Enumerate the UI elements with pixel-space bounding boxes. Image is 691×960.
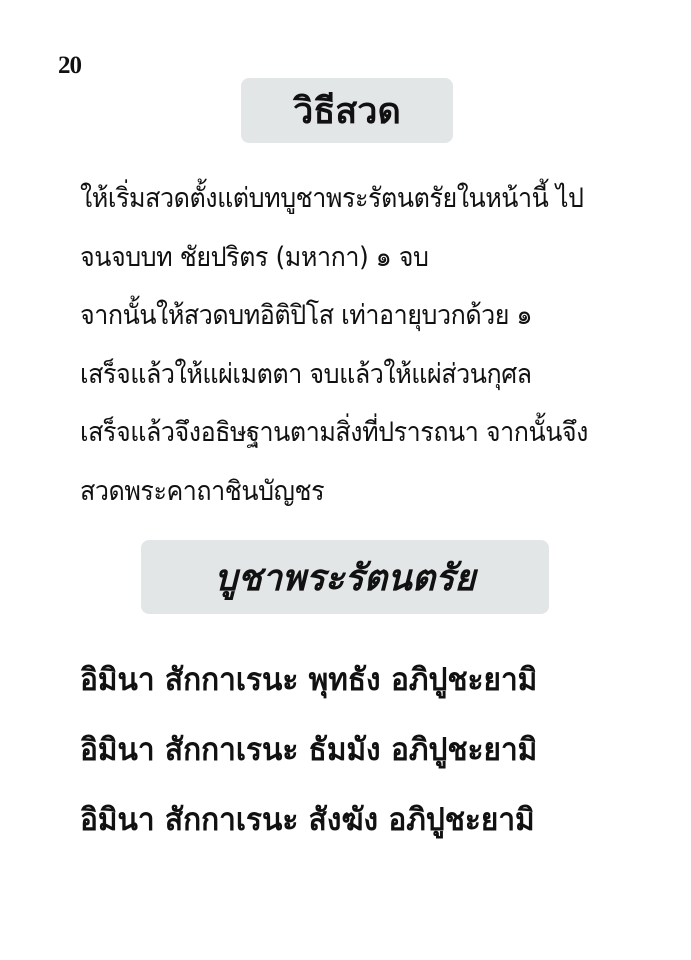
heading-instructions: วิธีสวด <box>293 82 401 139</box>
instruction-line: จากนั้นให้สวดบทอิติปิโส เท่าอายุบวกด้วย … <box>80 287 601 346</box>
heading-box-instructions: วิธีสวด <box>241 78 453 143</box>
instruction-line: เสร็จแล้วจึงอธิษฐานตามสิ่งที่ปรารถนา จาก… <box>80 404 601 463</box>
chant-line-sangha: อิมินา สักกาเรนะ สังฆัง อภิปูชะยามิ <box>80 785 618 855</box>
heading-triple-gem: บูชาพระรัตนตรัย <box>214 549 475 606</box>
chant-block: อิมินา สักกาเรนะ พุทธัง อภิปูชะยามิ อิมิ… <box>80 645 640 855</box>
instruction-line: เสร็จแล้วให้แผ่เมตตา จบแล้วให้แผ่ส่วนกุศ… <box>80 346 601 405</box>
instructions-paragraph: ให้เริ่มสวดตั้งแต่บทบูชาพระรัตนตรัยในหน้… <box>80 170 640 521</box>
chant-line-dhamma: อิมินา สักกาเรนะ ธัมมัง อภิปูชะยามิ <box>80 715 618 785</box>
instruction-line: จนจบบท ชัยปริตร (มหากา) ๑ จบ <box>80 229 601 288</box>
page-number: 20 <box>58 52 81 80</box>
instruction-line: ให้เริ่มสวดตั้งแต่บทบูชาพระรัตนตรัยในหน้… <box>80 170 601 229</box>
heading-box-triple-gem: บูชาพระรัตนตรัย <box>141 540 549 614</box>
chant-line-buddha: อิมินา สักกาเรนะ พุทธัง อภิปูชะยามิ <box>80 645 618 715</box>
instruction-line: สวดพระคาถาชินบัญชร <box>80 463 601 522</box>
